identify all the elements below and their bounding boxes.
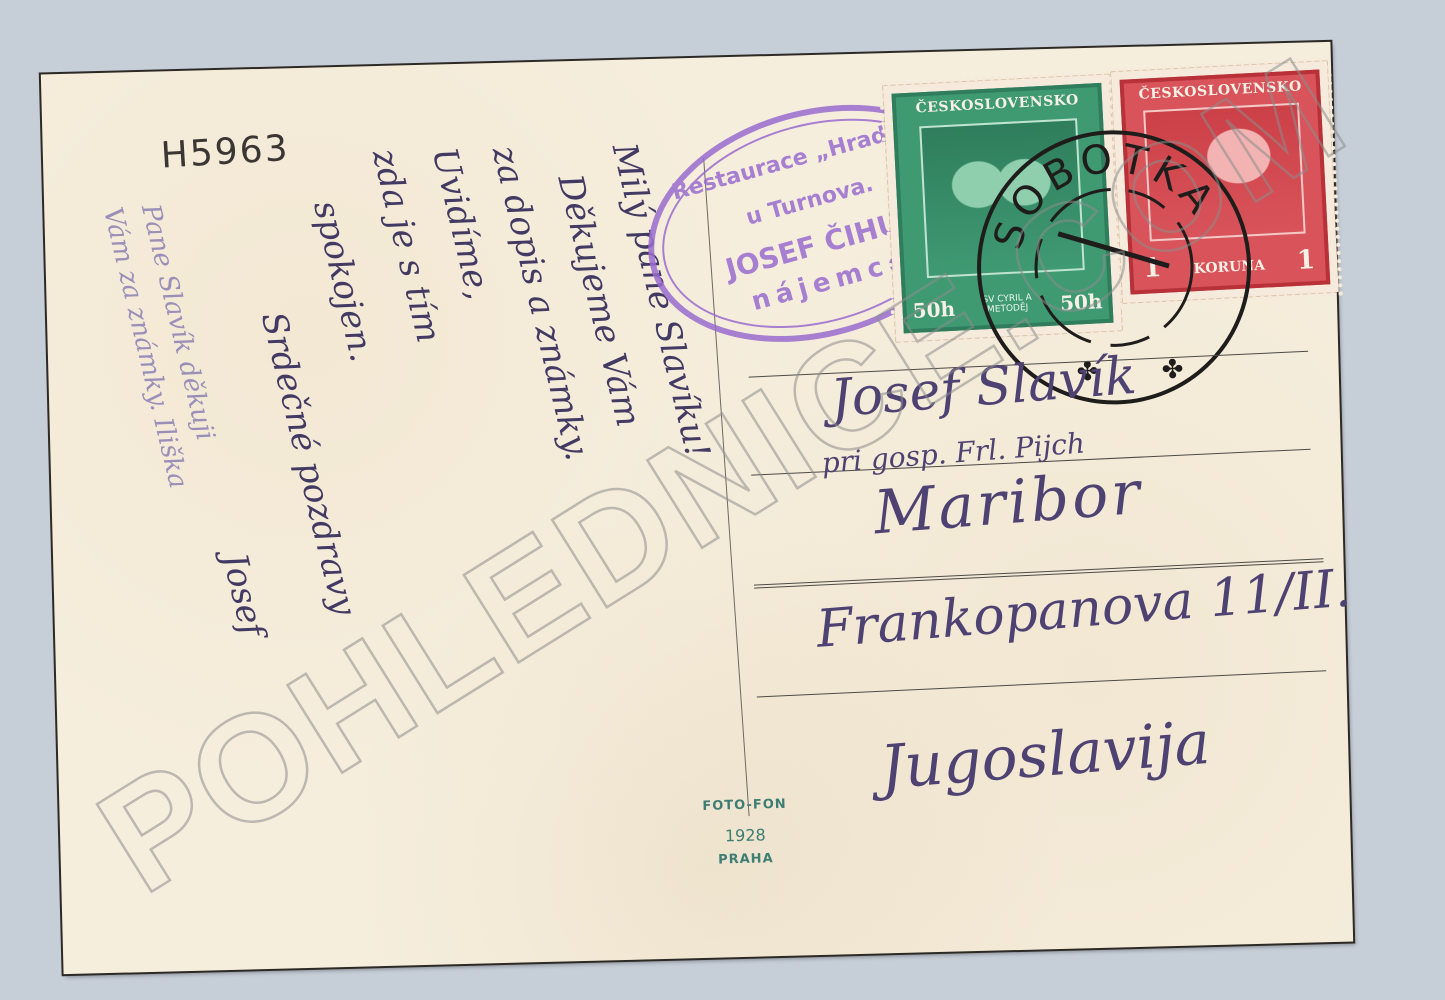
stamp-country: ČESKOSLOVENSKO: [1124, 78, 1317, 104]
svg-text:✤: ✤: [1161, 355, 1184, 386]
imprint-name: FOTO-FON: [699, 797, 789, 814]
postmark-town: SOBOTKA: [982, 132, 1227, 256]
reference-number: H5963: [160, 128, 291, 177]
stamp-country: ČESKOSLOVENSKO: [896, 91, 1099, 117]
recipient-street: Frankopanova 11/II.: [814, 559, 1353, 660]
imprint-year: 1928: [700, 825, 790, 846]
svg-text:SOBOTKA: SOBOTKA: [982, 132, 1227, 256]
stamp-value: 50h: [912, 297, 956, 323]
postcard: H5963 Pane Slavík děkuji Vám za známky. …: [41, 42, 1353, 974]
message-line: spokojen.: [305, 197, 382, 366]
stamp-value: 1: [1296, 245, 1316, 276]
signature: Josef: [214, 549, 273, 640]
recipient-country: Jugoslavija: [878, 708, 1213, 803]
imprint-city: PRAHA: [701, 851, 791, 868]
address-rule: [757, 670, 1326, 697]
publisher-imprint: FOTO-FON 1928 PRAHA: [699, 791, 791, 883]
